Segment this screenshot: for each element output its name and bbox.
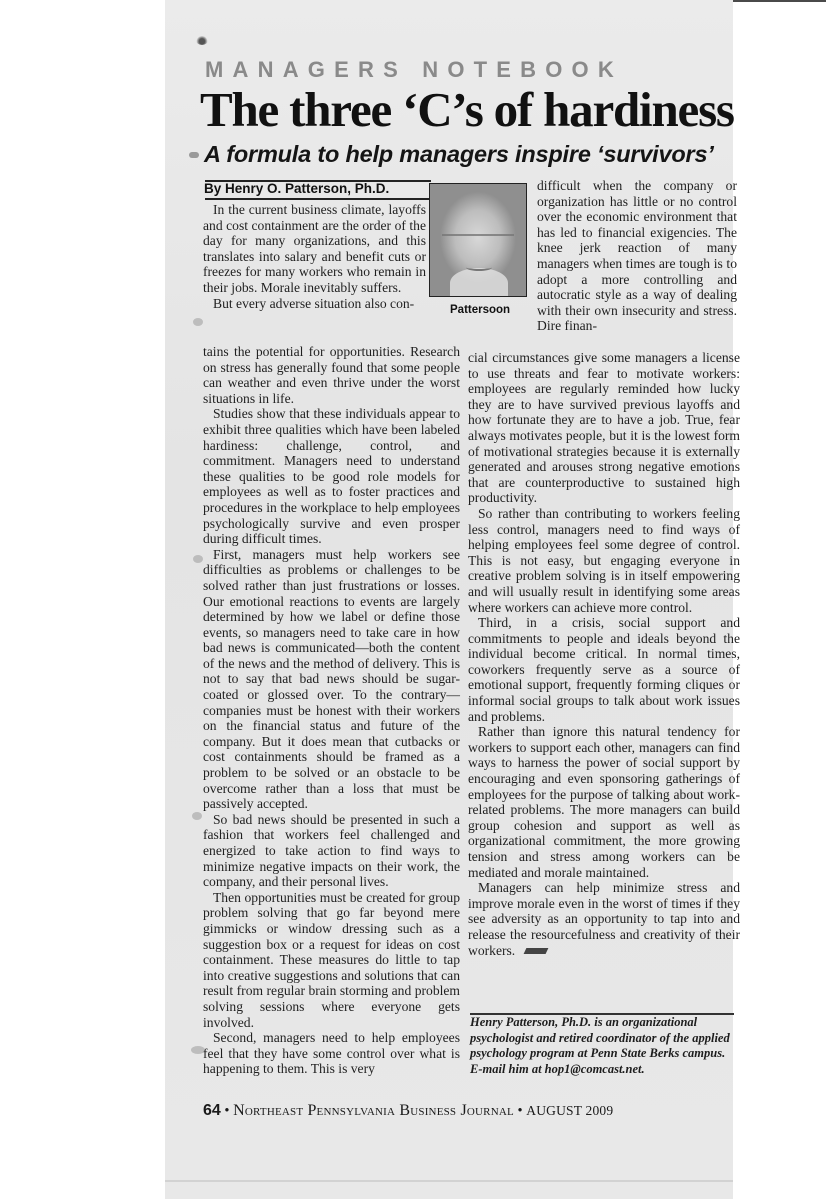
article-column-1: tains the potential for opportunities. R… — [203, 344, 460, 1077]
author-bio: Henry Patterson, Ph.D. is an organizatio… — [470, 1015, 732, 1077]
byline: By Henry O. Patterson, Ph.D. — [204, 181, 389, 196]
paragraph: So rather than contributing to workers f… — [468, 506, 740, 615]
paragraph: So bad news should be presented in such … — [203, 812, 460, 890]
paragraph: But every adverse situation also con- — [203, 296, 426, 312]
article-column-2: cial circumstances give some managers a … — [468, 350, 740, 958]
article-column-2-top: difficult when the company or organizati… — [537, 178, 737, 334]
bullet-separator: • — [518, 1103, 523, 1119]
headline: The three ‘C’s of hardiness — [200, 85, 734, 134]
publication-name: Northeast Pennsylvania Business Journal — [233, 1102, 514, 1119]
paragraph: tains the potential for opportunities. R… — [203, 344, 460, 406]
page-number: 64 — [203, 1102, 221, 1119]
page-footer: 64 • Northeast Pennsylvania Business Jou… — [203, 1102, 613, 1120]
divider — [205, 198, 431, 200]
scan-smudge — [193, 555, 203, 563]
bullet-separator: • — [224, 1103, 229, 1119]
paragraph: difficult when the company or organizati… — [537, 178, 737, 334]
scan-smudge — [193, 318, 203, 326]
punch-hole-icon — [196, 36, 208, 45]
paragraph: Rather than ignore this natural tendency… — [468, 724, 740, 880]
paragraph: cial circumstances give some managers a … — [468, 350, 740, 506]
portrait-photo-icon — [450, 268, 508, 297]
photo-caption: Pattersoon — [450, 304, 510, 316]
paragraph: In the current business climate, layoffs… — [203, 202, 426, 296]
paragraph: Studies show that these individuals appe… — [203, 406, 460, 546]
glasses-shape — [442, 234, 514, 248]
section-kicker: MANAGERS NOTEBOOK — [205, 57, 623, 83]
author-photo — [429, 183, 527, 297]
paragraph: Then opportunities must be created for g… — [203, 890, 460, 1030]
end-mark-icon — [524, 948, 549, 954]
scan-smudge — [189, 152, 199, 158]
paragraph: Managers can help minimize stress and im… — [468, 880, 740, 958]
closing-paragraph-text: Managers can help minimize stress and im… — [468, 880, 740, 957]
paragraph: Second, managers need to help employees … — [203, 1030, 460, 1077]
page-fold-line — [165, 1180, 733, 1182]
issue-date: AUGUST 2009 — [526, 1103, 613, 1118]
article-column-1-top: In the current business climate, layoffs… — [203, 202, 426, 311]
mouth-shape — [466, 264, 492, 271]
subheadline: A formula to help managers inspire ‘surv… — [204, 141, 714, 168]
scan-smudge — [192, 812, 202, 820]
paragraph: Third, in a crisis, social support and c… — [468, 615, 740, 724]
paragraph: First, managers must help workers see di… — [203, 547, 460, 812]
